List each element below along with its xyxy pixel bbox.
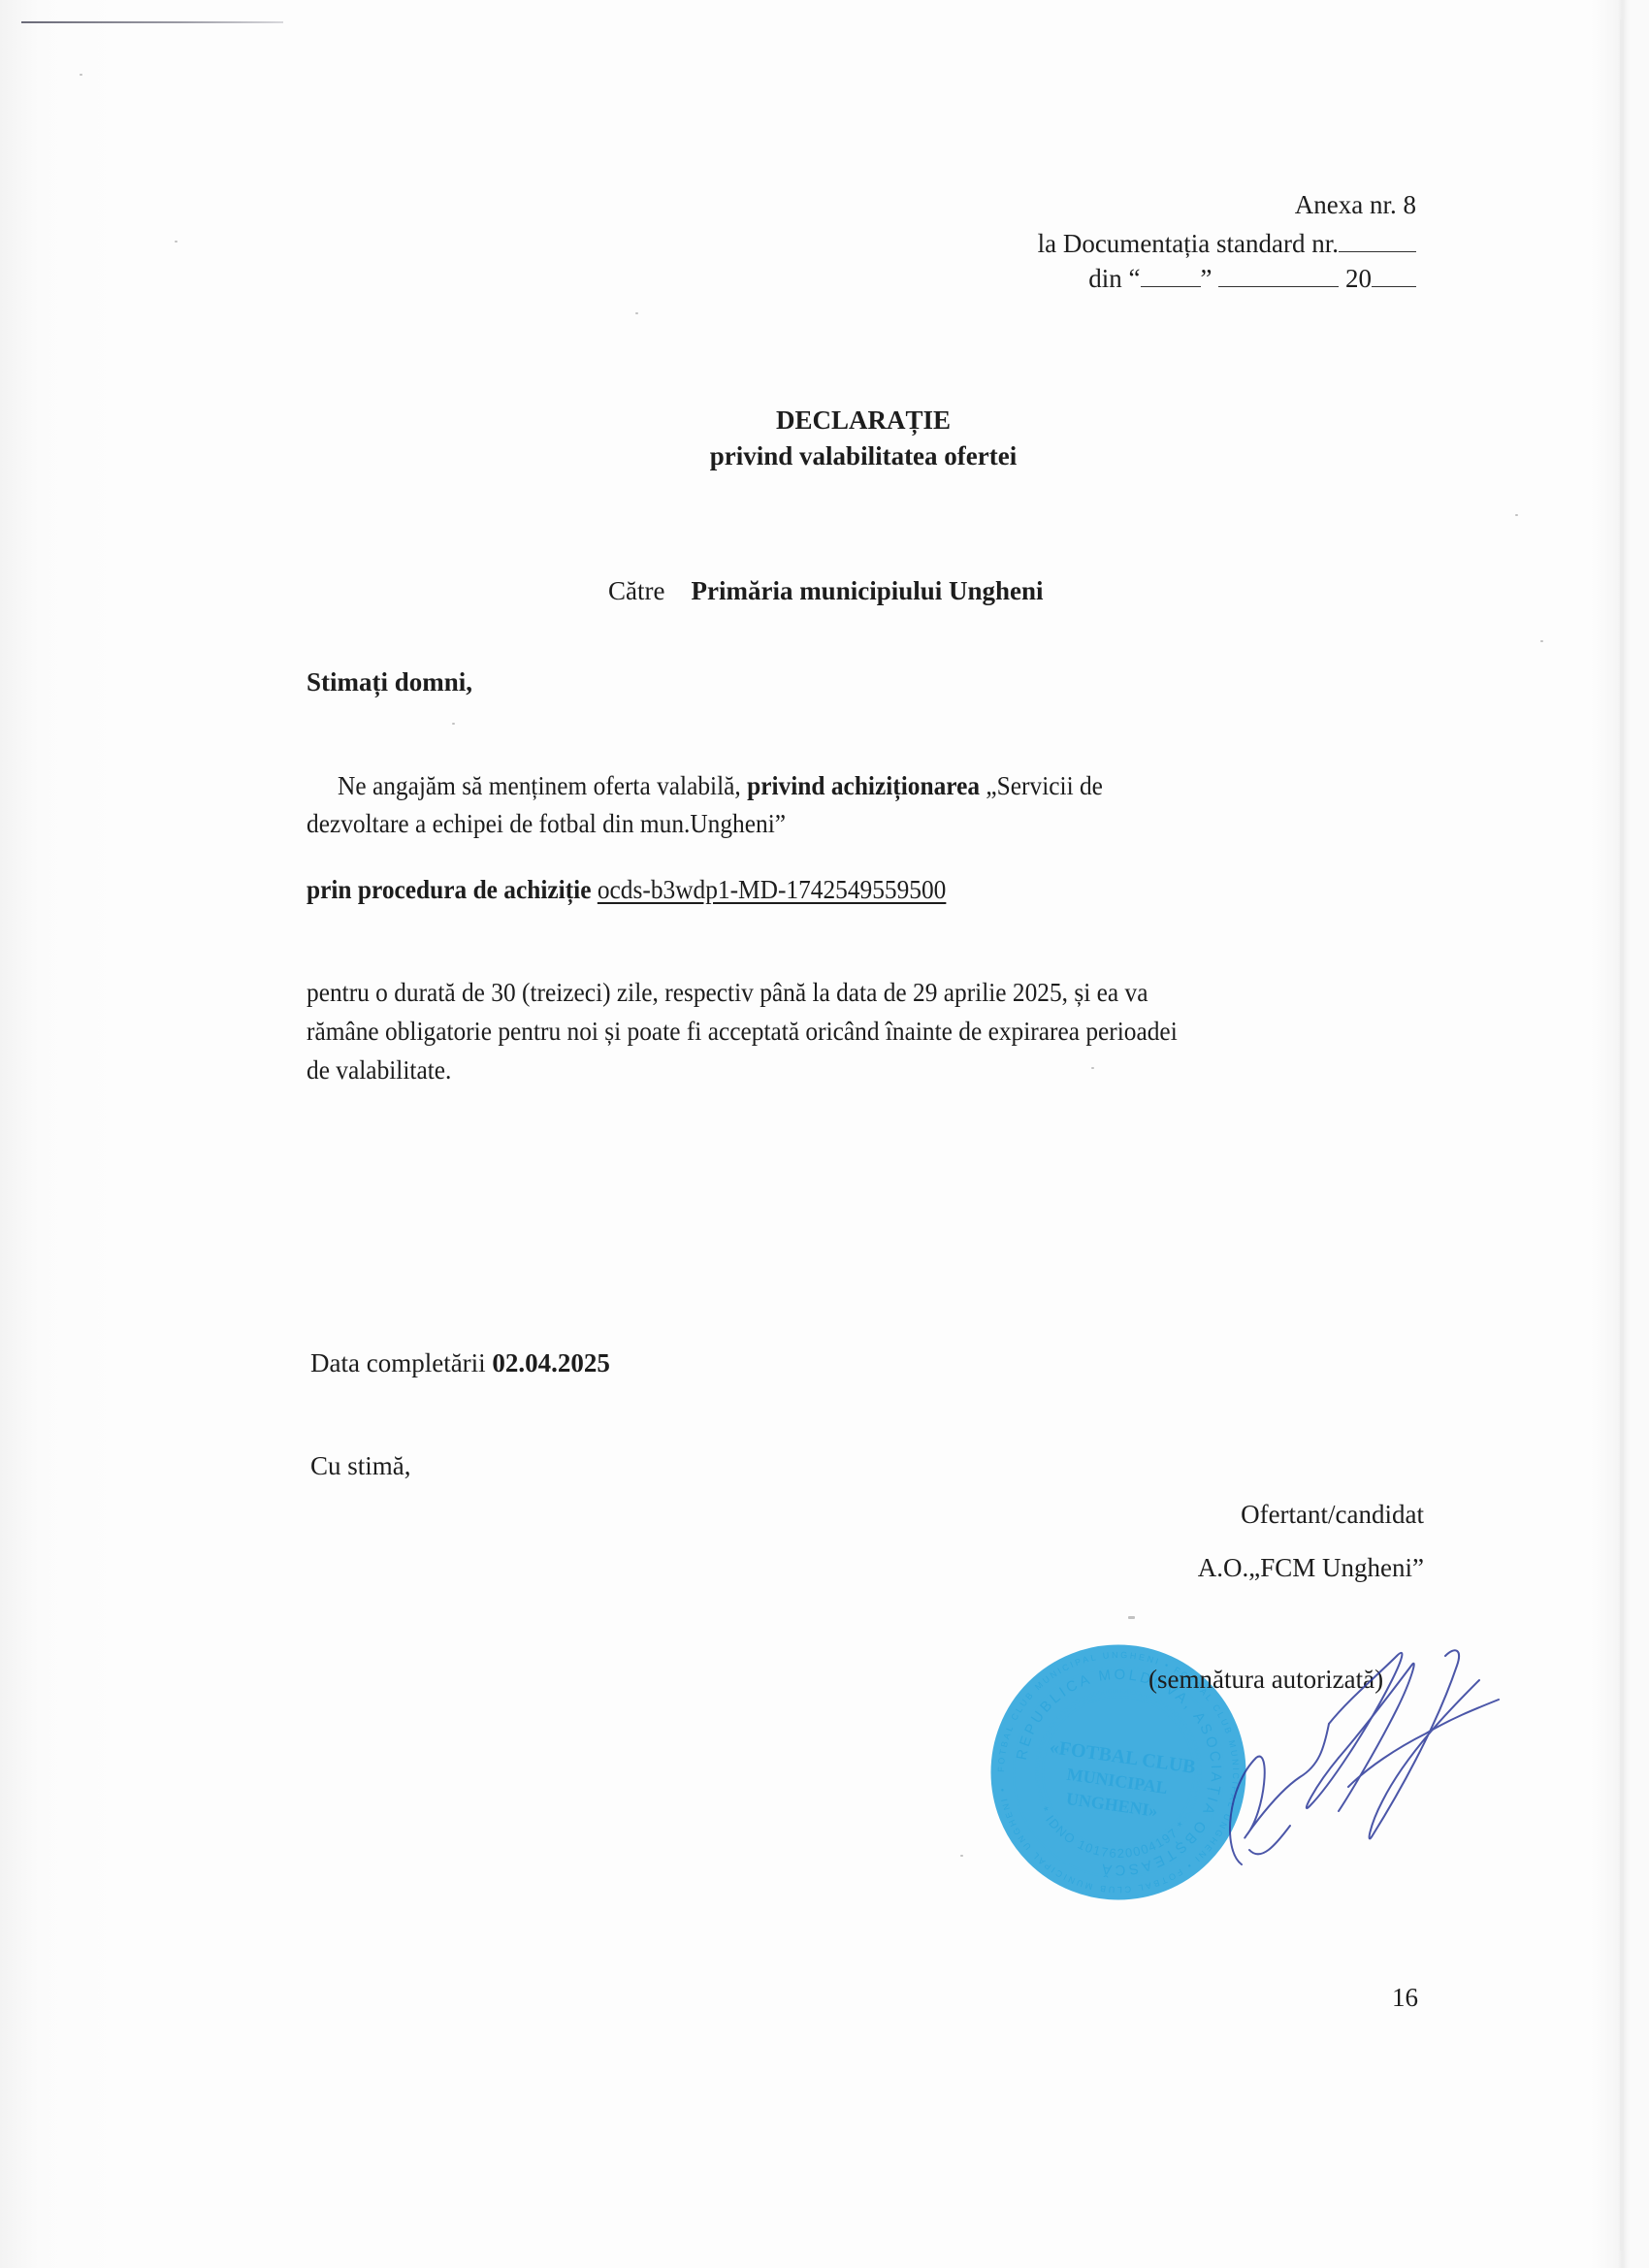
validity-paragraph-line2: rămâne obligatorie pentru noi și poate f… <box>307 1019 1233 1045</box>
validity-text-2: rămâne obligatorie pentru noi și poate f… <box>307 1019 1178 1045</box>
service-name-end: dezvoltare a echipei de fotbal din mun.U… <box>307 811 786 837</box>
addressee: Către Primăria municipiului Ungheni <box>608 578 1044 604</box>
scan-speck <box>635 312 638 314</box>
page-title: DECLARAȚIE <box>582 407 1145 434</box>
document-page: Anexa nr. 8 la Documentația standard nr.… <box>0 0 1649 2268</box>
scan-speck <box>1128 1616 1135 1619</box>
handwritten-signature <box>1203 1641 1513 1884</box>
commitment-text: Ne angajăm să menținem oferta valabilă, <box>338 771 747 800</box>
scan-speck <box>1091 1067 1094 1069</box>
scan-edge-shadow <box>1620 19 1624 2251</box>
validity-paragraph-line3: de valabilitate. <box>307 1057 461 1084</box>
doc-ref-label: la Documentația standard nr. <box>1038 229 1339 258</box>
completion-date-label: Data completării <box>310 1348 486 1377</box>
day-blank <box>1141 267 1201 287</box>
scan-edge-line <box>21 21 283 23</box>
signatory-role: Ofertant/candidat <box>1241 1502 1424 1528</box>
signatory-name: A.O.„FCM Ungheni” <box>1198 1555 1424 1581</box>
page-subtitle: privind valabilitatea ofertei <box>582 443 1145 470</box>
standard-doc-reference: la Documentația standard nr. <box>1038 231 1416 257</box>
greeting: Stimați domni, <box>307 669 472 696</box>
scan-speck <box>1515 514 1518 516</box>
completion-date-value: 02.04.2025 <box>492 1348 610 1377</box>
commitment-paragraph-line1: Ne angajăm să menținem oferta valabilă, … <box>338 773 1151 799</box>
service-name-start: „Servicii de <box>980 771 1103 800</box>
scan-speck <box>960 1855 963 1857</box>
closing: Cu stimă, <box>310 1453 411 1479</box>
validity-text-3: de valabilitate. <box>307 1057 451 1084</box>
procedure-label: prin procedura de achiziție <box>307 875 592 904</box>
scan-speck <box>80 74 82 76</box>
procedure-line: prin procedura de achiziție ocds-b3wdp1-… <box>307 877 986 903</box>
annex-number: Anexa nr. 8 <box>1295 192 1416 218</box>
year-blank <box>1372 267 1416 287</box>
addressee-label: Către <box>608 576 664 605</box>
commitment-paragraph-line2: dezvoltare a echipei de fotbal din mun.U… <box>307 811 817 837</box>
completion-date: Data completării 02.04.2025 <box>310 1350 610 1377</box>
scan-speck <box>452 723 455 725</box>
scan-speck <box>175 241 178 243</box>
scan-speck <box>1540 640 1543 642</box>
month-blank <box>1218 267 1339 287</box>
year-prefix: 20 <box>1345 264 1372 293</box>
date-quote: ” <box>1201 264 1212 293</box>
procedure-id: ocds-b3wdp1-MD-1742549559500 <box>598 875 947 904</box>
validity-text-1: pentru o durată de 30 (treizeci) zile, r… <box>307 980 1148 1006</box>
standard-doc-date: din “” 20 <box>1088 266 1416 292</box>
commitment-bold-text: privind achiziționarea <box>747 771 980 800</box>
page-number: 16 <box>1392 1985 1418 2011</box>
date-prefix: din “ <box>1088 264 1140 293</box>
validity-paragraph-line1: pentru o durată de 30 (treizeci) zile, r… <box>307 980 1202 1006</box>
doc-number-blank <box>1339 232 1416 252</box>
addressee-name: Primăria municipiului Ungheni <box>691 576 1043 605</box>
